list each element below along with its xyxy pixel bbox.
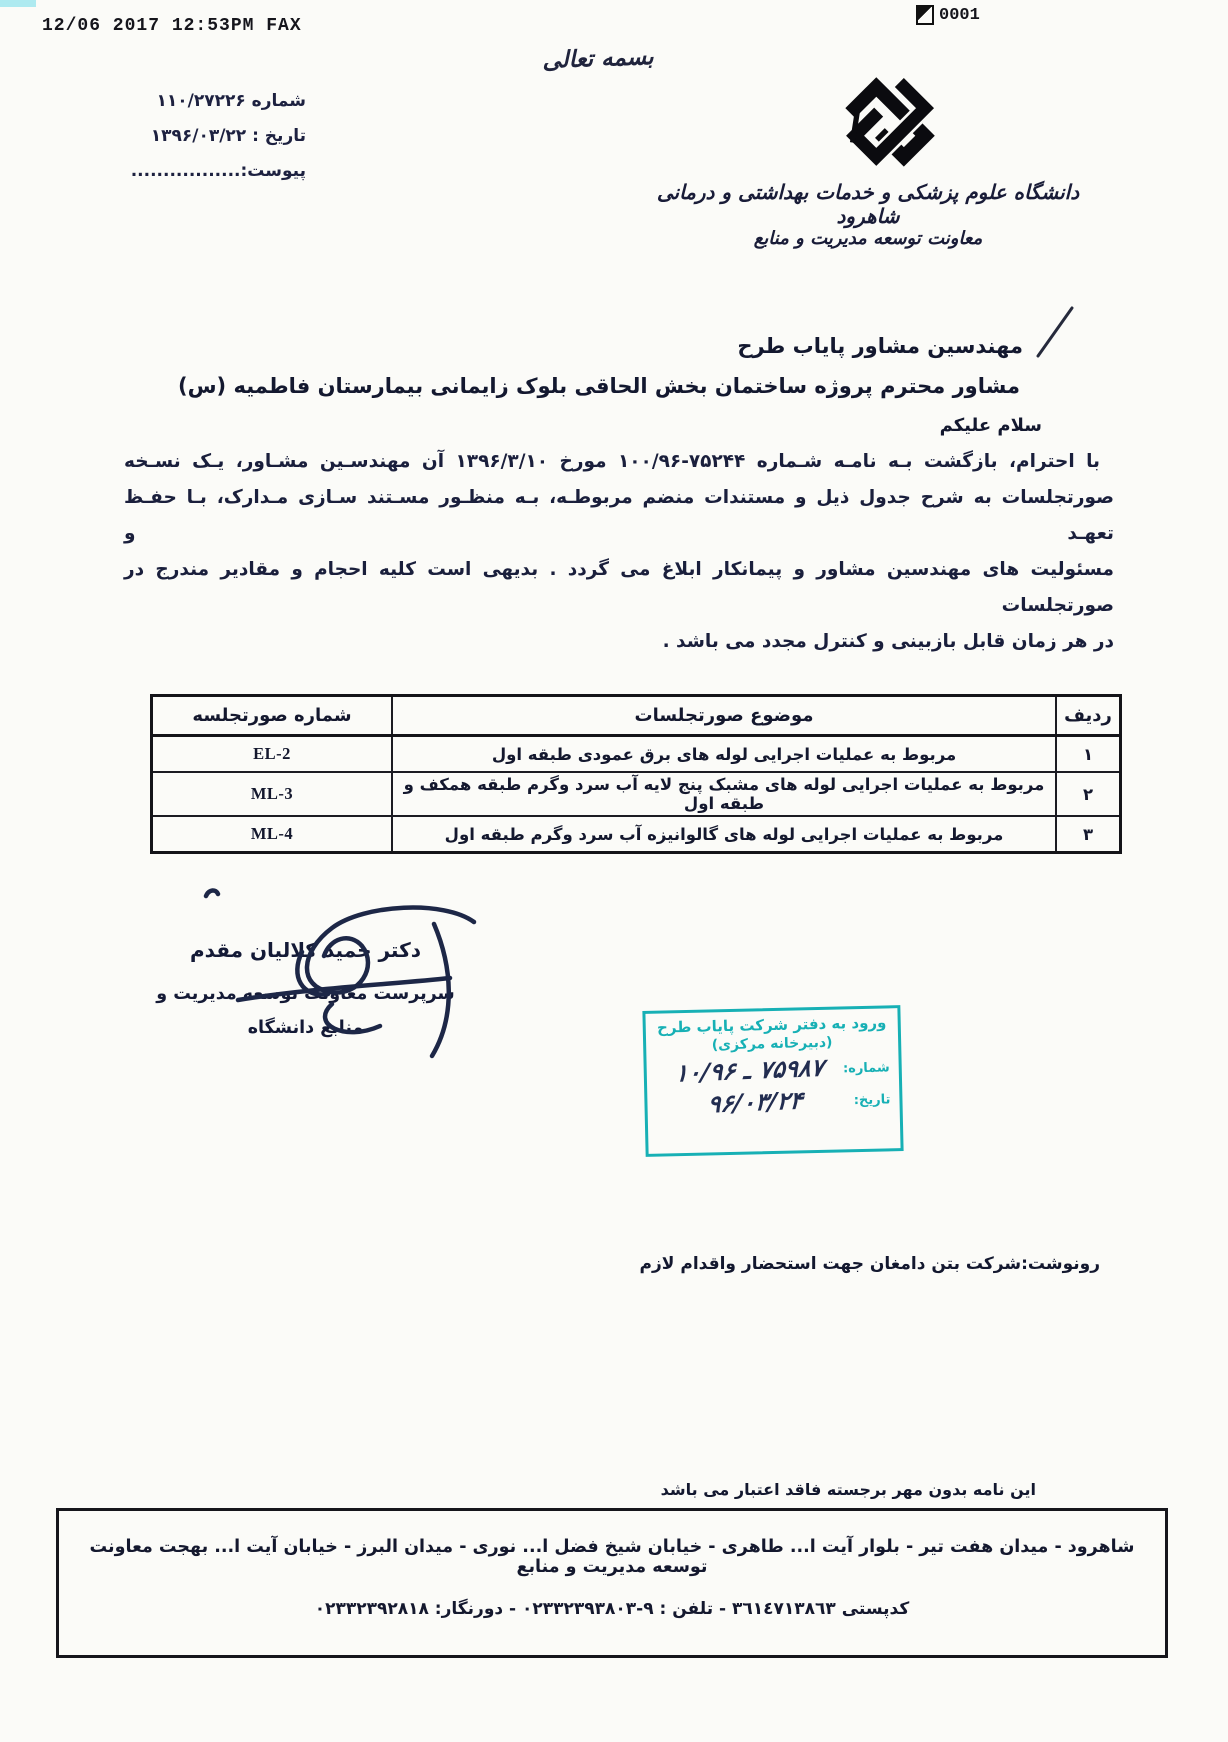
body-line-1: با احترام، بازگشت بـه نامـه شـماره ۷۵۲۴۴…	[124, 444, 1114, 480]
signer-name: دکتر حمید کلالیان مقدم	[148, 938, 463, 962]
body-line-4: در هر زمان قابل بازبینی و کنترل مجدد می …	[124, 624, 1114, 660]
scan-artifact	[0, 0, 36, 7]
cell-row-no: ۱	[1056, 736, 1121, 773]
stamp-number-value: ۷۵۹۸۷ ـ ۱۰/۹۶	[655, 1053, 844, 1089]
stamp-date-value: ۹۶/۰۳/۲۴	[655, 1084, 854, 1120]
cell-subject: مربوط به عملیات اجرایی لوله های برق عمود…	[392, 736, 1056, 773]
letter-meta-block: شماره ۱۱۰/۲۷۲۲۶ تاریخ : ۱۳۹۶/۰۳/۲۲ پیوست…	[88, 84, 306, 189]
cell-number: ML-3	[152, 772, 393, 816]
deputy-name: معاونت توسعه مدیریت و منابع	[698, 228, 1038, 249]
table-row: ۱ مربوط به عملیات اجرایی لوله های برق عم…	[152, 736, 1121, 773]
scanned-fax-letter: { "fax_header": { "timestamp": "12/06 20…	[0, 0, 1228, 1742]
stamp-subtitle: (دبیرخانه مرکزی)	[655, 1033, 889, 1054]
stamp-number-label: شماره:	[843, 1060, 890, 1076]
signature-block: دکتر حمید کلالیان مقدم سرپرست معاونت توس…	[148, 938, 463, 1038]
cell-number: EL-2	[152, 736, 393, 773]
recipient-name: مهندسین مشاور پایاب طرح	[737, 334, 1023, 358]
cell-row-no: ۲	[1056, 772, 1121, 816]
footer-address: شاهرود - میدان هفت تیر - بلوار آیت ا... …	[59, 1537, 1165, 1577]
page-counter-value: 0001	[939, 6, 980, 25]
table-header-row: ردیف موضوع صورتجلسات شماره صورتجلسه	[152, 696, 1121, 736]
letter-number: شماره ۱۱۰/۲۷۲۲۶	[88, 84, 306, 119]
recipient-subject: مشاور محترم پروژه ساختمان بخش الحاقی بلو…	[178, 374, 1020, 398]
col-header-subject: موضوع صورتجلسات	[392, 696, 1056, 736]
col-header-number: شماره صورتجلسه	[152, 696, 393, 736]
cell-row-no: ۳	[1056, 816, 1121, 853]
signer-title-line1: سرپرست معاونت توسعه مدیریت و	[148, 984, 463, 1004]
body-line-3: مسئولیت های مهندسین مشاور و پیمانکار ابل…	[124, 552, 1114, 624]
table-row: ۲ مربوط به عملیات اجرایی لوله های مشبک پ…	[152, 772, 1121, 816]
validity-note: این نامه بدون مهر برجسته فاقد اعتبار می …	[661, 1480, 1036, 1499]
company-entry-stamp: ورود به دفتر شرکت پایاب طرح (دبیرخانه مر…	[642, 1005, 903, 1157]
fax-timestamp: 12/06 2017 12:53PM FAX	[42, 16, 302, 36]
university-name: دانشگاه علوم پزشکی و خدمات بهداشتی و درم…	[648, 180, 1088, 228]
cell-subject: مربوط به عملیات اجرایی لوله های گالوانیز…	[392, 816, 1056, 853]
col-header-row-no: ردیف	[1056, 696, 1121, 736]
minutes-table: ردیف موضوع صورتجلسات شماره صورتجلسه ۱ مر…	[150, 694, 1122, 854]
besmellah-header: بسمه تعالی	[498, 43, 699, 76]
signer-title-line2: منابع دانشگاه	[148, 1018, 463, 1038]
table-row: ۳ مربوط به عملیات اجرایی لوله های گالوان…	[152, 816, 1121, 853]
university-logo-icon	[838, 70, 940, 176]
cc-line: رونوشت:شرکت بتن دامغان جهت استحضار واقدا…	[640, 1254, 1100, 1274]
stamp-date-label: تاریخ:	[854, 1092, 891, 1108]
page-icon	[916, 5, 934, 25]
salutation: سلام علیکم	[940, 415, 1042, 436]
letter-body: با احترام، بازگشت بـه نامـه شـماره ۷۵۲۴۴…	[124, 444, 1114, 660]
footer-address-box: شاهرود - میدان هفت تیر - بلوار آیت ا... …	[56, 1508, 1168, 1658]
cell-subject: مربوط به عملیات اجرایی لوله های مشبک پنج…	[392, 772, 1056, 816]
footer-contact: کدپستی ۳٦۱٤۷۱۳۸٦۳ - تلفن : ۹-۰۲۳۳۲۳۹۳۸۰۳…	[59, 1599, 1165, 1619]
cell-number: ML-4	[152, 816, 393, 853]
body-line-2: صورتجلسات به شرح جدول ذیل و مستندات منضم…	[124, 480, 1114, 552]
letter-date: تاریخ : ۱۳۹۶/۰۳/۲۲	[88, 119, 306, 154]
handwritten-checkmark	[1028, 300, 1080, 362]
letter-attachment: پیوست:.................	[88, 154, 306, 189]
fax-page-counter: 0001	[916, 5, 980, 25]
